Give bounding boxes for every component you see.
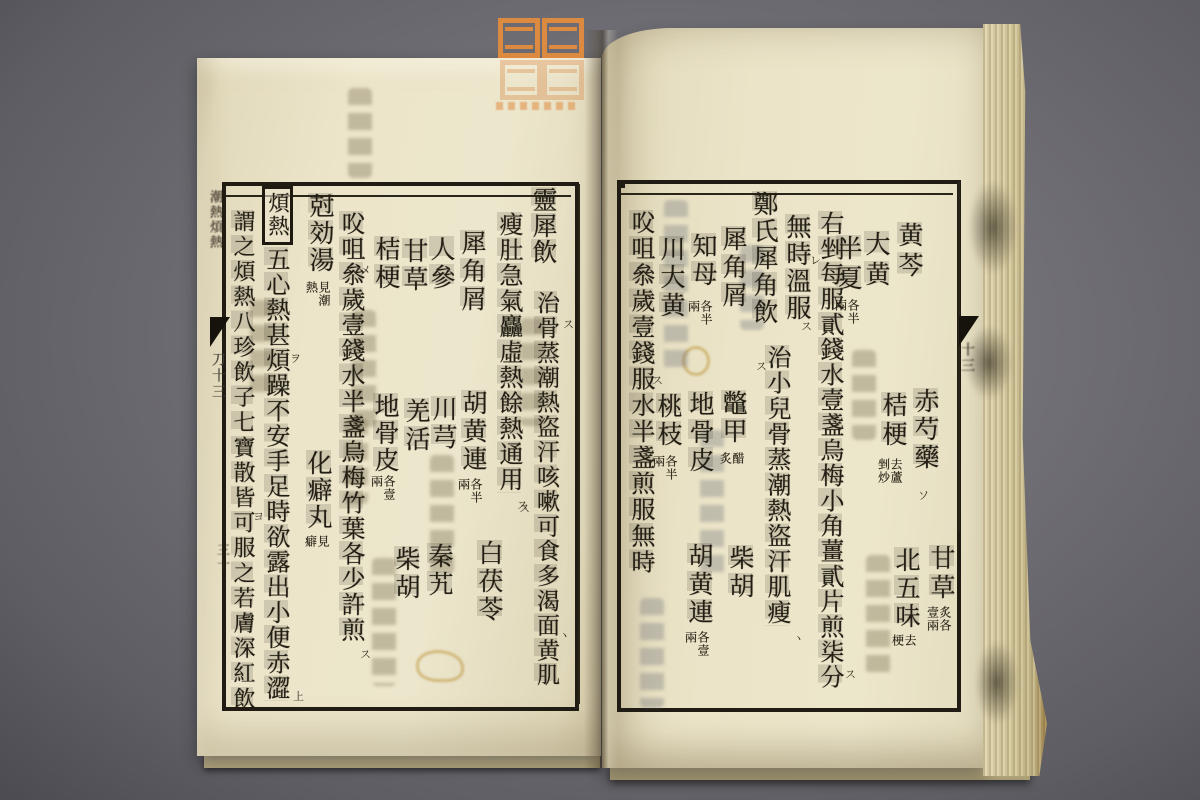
text-column: 尅効湯 — [308, 193, 333, 274]
kunten-reading-mark: メ — [360, 262, 371, 278]
text-column: 無時溫服 — [785, 214, 810, 322]
text-column: 胡黄連 — [461, 390, 486, 474]
kunten-reading-mark: ヽ — [793, 630, 804, 646]
kunten-reading-mark: ス — [519, 500, 530, 516]
text-column: 柴胡 — [728, 545, 753, 601]
text-column: 甘草 — [929, 545, 954, 603]
kunten-reading-mark: ヲ — [290, 350, 301, 366]
kunten-reading-mark: ス — [652, 372, 663, 388]
text-column: 羌活 — [404, 398, 429, 454]
dosage-annotation: 見潮熱 — [305, 281, 330, 307]
text-column: 犀角屑 — [721, 226, 746, 310]
text-column: 地骨皮 — [688, 391, 713, 475]
kunten-reading-mark: ス — [360, 646, 371, 662]
text-column: 桃枝 — [656, 393, 681, 449]
text-column: 胡黄連 — [687, 543, 712, 627]
text-column: 治小兒骨蒸潮熱盜汗肌瘦 — [765, 345, 789, 626]
text-column: 柴胡 — [394, 546, 419, 602]
kunten-reading-mark: ス — [563, 316, 574, 332]
show-through-ghost-text — [866, 555, 890, 675]
text-column: 知母 — [691, 233, 716, 289]
dosage-annotation: 各半兩 — [687, 300, 712, 326]
dosage-annotation: 見癖 — [304, 535, 329, 548]
text-column: 桔梗 — [374, 236, 399, 292]
show-through-ghost-text — [640, 598, 664, 708]
dosage-annotation: 各半兩 — [652, 455, 677, 481]
kunten-reading-mark: ス — [801, 318, 812, 334]
dosage-annotation: 去蘆剉炒 — [877, 458, 902, 484]
show-through-ghost-text — [348, 88, 372, 178]
text-column: 㕮咀叅歲壹錢服水半盞煎服無時 — [629, 210, 653, 575]
text-column: 右剉每服貳錢水壹盞烏梅小角薑貳片煎柒分 — [818, 211, 842, 690]
text-column: 赤芍藥 — [913, 388, 938, 472]
text-column: 川大黄 — [659, 236, 684, 320]
text-column: 謂之煩熱八珍飲子七寶散皆可服之若膚深紅飲 — [231, 210, 253, 712]
text-column: 秦艽 — [427, 543, 452, 599]
text-column: 北五味 — [894, 547, 919, 631]
text-column: 甘草 — [402, 238, 427, 294]
dosage-annotation: 去梗 — [891, 634, 916, 647]
text-column: 地骨皮 — [373, 393, 398, 474]
woodblock-text-layer: 黄芩大黄半夏各半兩赤芍藥桔梗去蘆剉炒ソ甘草炙各壹兩北五味去梗右剉每服貳錢水壹盞烏… — [0, 0, 1200, 800]
text-column: 大黄 — [864, 231, 889, 291]
kunten-reading-mark: ス — [845, 666, 856, 682]
dosage-annotation: 各壹兩 — [684, 631, 709, 657]
kunten-reading-mark: ヨ — [253, 508, 264, 524]
text-column: 化癖丸 — [306, 450, 331, 531]
text-column: 五心熱甚煩躁不安手足時欲露出小便赤澀 — [264, 247, 288, 701]
text-column: 人參 — [429, 236, 454, 292]
section-header-box: 煩熱 — [262, 186, 293, 245]
dosage-annotation: 各半兩 — [457, 478, 482, 504]
text-column: 犀角屑 — [460, 230, 485, 314]
text-column: 靈犀飲 — [531, 187, 556, 265]
kunten-reading-mark: ヽ — [559, 627, 570, 643]
kunten-reading-mark: ソ — [918, 487, 929, 503]
text-column: 鄭氏犀角飲 — [752, 191, 777, 326]
show-through-ghost-text — [852, 350, 876, 440]
text-column: 瘦肚急氣麤虛熱餘熱通用 — [497, 212, 521, 493]
dosage-annotation: 醋炙 — [719, 452, 744, 465]
kunten-reading-mark: ス — [756, 358, 767, 374]
book-photograph: 潮熱煩熱 刀十三 三十 十三 黄芩大黄半夏各半兩赤芍藥桔梗去蘆剉炒ソ甘草炙各壹兩… — [0, 0, 1200, 800]
text-column: 治骨蒸潮熱盜汗咳嗽可食多渴面黄肌 — [534, 291, 557, 688]
text-column: 鼈甲 — [721, 390, 746, 446]
text-column: 桔梗 — [881, 392, 906, 450]
kunten-reading-mark: 上 — [293, 688, 304, 704]
text-column: 黄芩 — [897, 222, 922, 282]
dosage-annotation: 各壹兩 — [370, 475, 395, 501]
dosage-annotation: 炙各壹兩 — [926, 606, 951, 632]
text-column: 白茯苓 — [477, 540, 502, 624]
text-column: 川芎 — [431, 396, 456, 452]
